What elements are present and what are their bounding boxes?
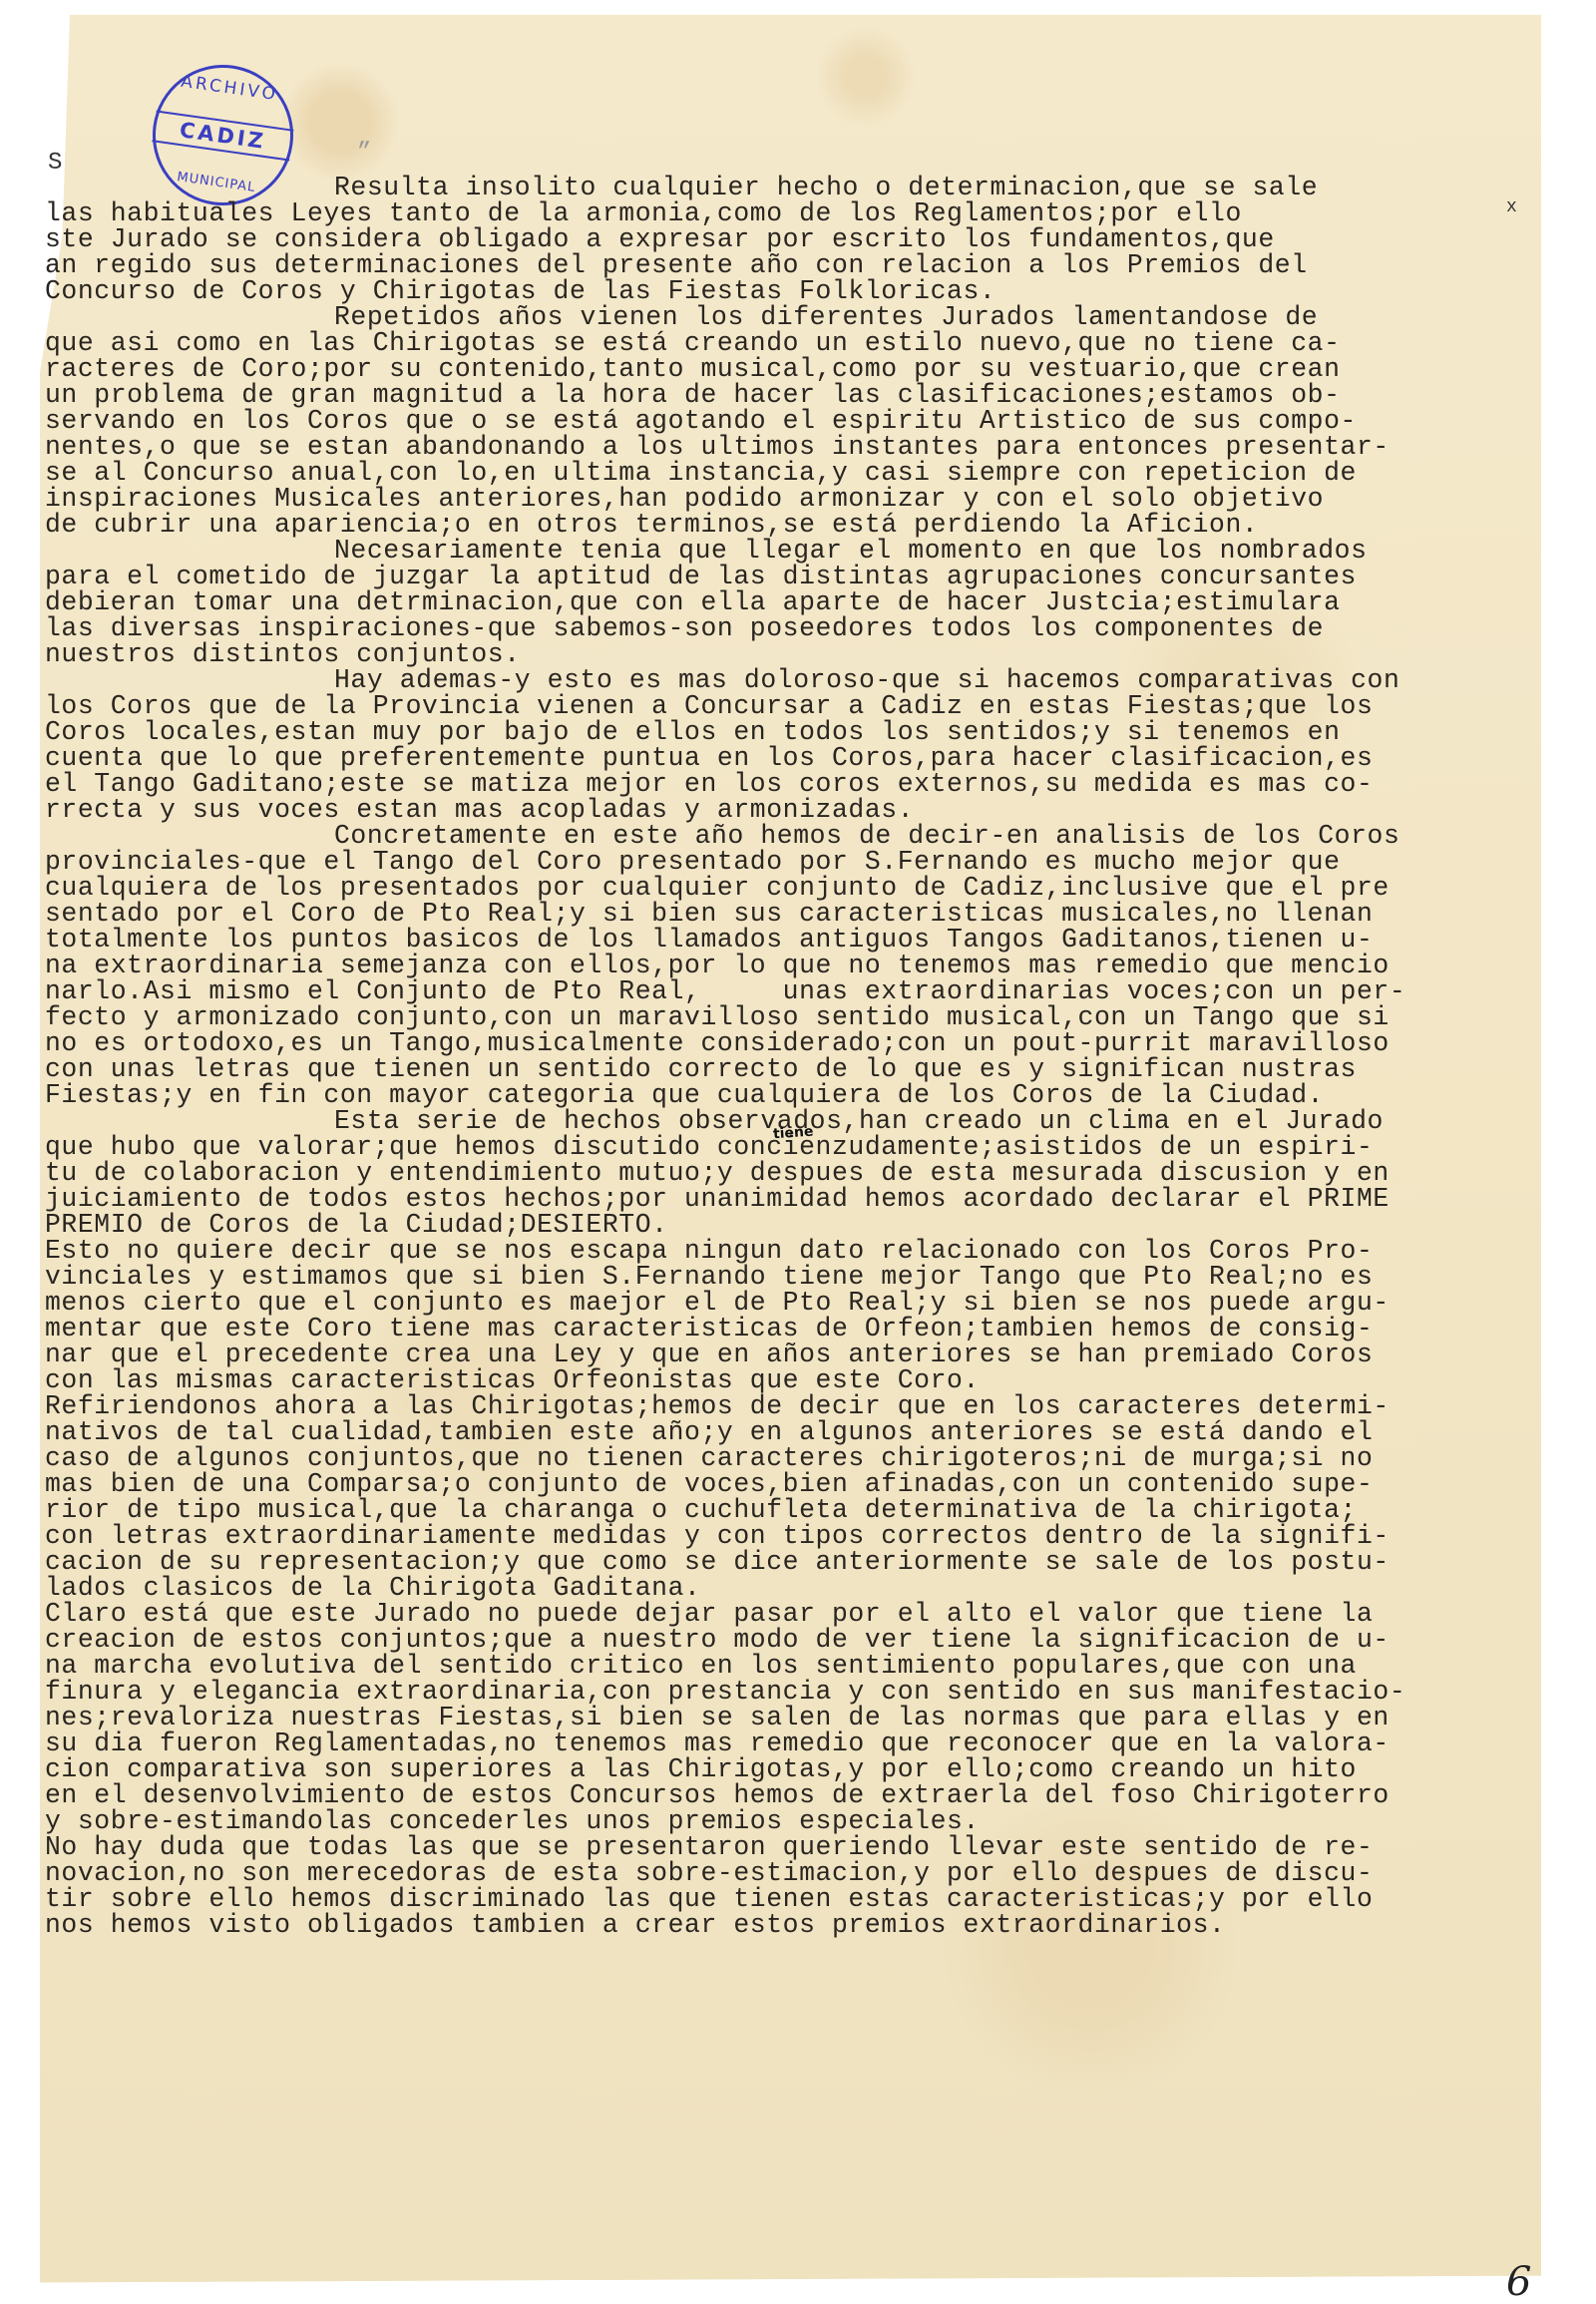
text-line: PREMIO de Coros de la Ciudad;DESIERTO.: [45, 1212, 1586, 1238]
text-line: cion comparativa son superiores a las Ch…: [45, 1756, 1586, 1782]
text-line: nos hemos visto obligados tambien a crea…: [45, 1912, 1586, 1938]
text-line: los Coros que de la Provincia vienen a C…: [45, 693, 1586, 719]
text-line: vinciales y estimamos que si bien S.Fern…: [45, 1264, 1586, 1290]
text-line: fecto y armonizado conjunto,con un marav…: [45, 1004, 1586, 1030]
text-line: No hay duda que todas las que se present…: [45, 1834, 1586, 1860]
text-line: rrecta y sus voces estan mas acopladas y…: [45, 797, 1586, 823]
text-line: provinciales-que el Tango del Coro prese…: [45, 849, 1586, 875]
text-line: para el cometido de juzgar la aptitud de…: [45, 564, 1586, 589]
text-line: novacion,no son merecedoras de esta sobr…: [45, 1860, 1586, 1886]
text-line: creacion de estos conjuntos;que a nuestr…: [45, 1627, 1586, 1653]
text-line: na extraordinaria semejanza con ellos,po…: [45, 953, 1586, 978]
text-line: Hay ademas-y esto es mas doloroso-que si…: [45, 667, 1586, 693]
text-line: Claro está que este Jurado no puede deja…: [45, 1601, 1586, 1627]
text-line: Repetidos años vienen los diferentes Jur…: [45, 304, 1586, 330]
page-number: 6: [1506, 2259, 1531, 2304]
text-line: Esto no quiere decir que se nos escapa n…: [45, 1238, 1586, 1264]
text-line: rior de tipo musical,que la charanga o c…: [45, 1497, 1586, 1523]
text-line: cacion de su representacion;y que como s…: [45, 1549, 1586, 1575]
text-line: na marcha evolutiva del sentido critico …: [45, 1653, 1586, 1679]
margin-mark-left: S: [48, 150, 62, 177]
handwritten-correction: tiene: [772, 1124, 813, 1143]
text-line: cuenta que lo que preferentemente puntua…: [45, 745, 1586, 771]
text-line: que asi como en las Chirigotas se está c…: [45, 330, 1586, 356]
text-line: Concurso de Coros y Chirigotas de las Fi…: [45, 278, 1586, 304]
text-line: Resulta insolito cualquier hecho o deter…: [45, 175, 1586, 200]
text-line: con letras extraordinariamente medidas y…: [45, 1523, 1586, 1549]
text-line: nes;revaloriza nuestras Fiestas,si bien …: [45, 1705, 1586, 1730]
text-line: que hubo que valorar;que hemos discutido…: [45, 1134, 1586, 1160]
text-line: servando en los Coros que o se está agot…: [45, 408, 1586, 434]
text-line: tu de colaboracion y entendimiento mutuo…: [45, 1160, 1586, 1186]
text-line: mas bien de una Comparsa;o conjunto de v…: [45, 1471, 1586, 1497]
text-line: Coros locales,estan muy por bajo de ello…: [45, 719, 1586, 745]
text-line: el Tango Gaditano;este se matiza mejor e…: [45, 771, 1586, 797]
text-line: finura y elegancia extraordinaria,con pr…: [45, 1679, 1586, 1705]
text-line: y sobre-estimandolas concederles unos pr…: [45, 1808, 1586, 1834]
text-line: racteres de Coro;por su contenido,tanto …: [45, 356, 1586, 382]
text-line: con las mismas caracteristicas Orfeonist…: [45, 1367, 1586, 1393]
text-line: cualquiera de los presentados por cualqu…: [45, 875, 1586, 901]
document-body: Resulta insolito cualquier hecho o deter…: [45, 175, 1586, 1938]
margin-mark-quote: „: [357, 125, 371, 152]
text-line: un problema de gran magnitud a la hora d…: [45, 382, 1586, 408]
text-line: sentado por el Coro de Pto Real;y si bie…: [45, 901, 1586, 927]
text-line: lados clasicos de la Chirigota Gaditana.: [45, 1575, 1586, 1601]
text-line: nentes,o que se estan abandonando a los …: [45, 434, 1586, 460]
text-line: con unas letras que tienen un sentido co…: [45, 1056, 1586, 1082]
text-line: totalmente los puntos basicos de los lla…: [45, 927, 1586, 953]
text-line: Esta serie de hechos observados,han crea…: [45, 1108, 1586, 1134]
text-line: no es ortodoxo,es un Tango,musicalmente …: [45, 1030, 1586, 1056]
text-line: an regido sus determinaciones del presen…: [45, 252, 1586, 278]
text-line: nativos de tal cualidad,tambien este año…: [45, 1419, 1586, 1445]
text-line: de cubrir una apariencia;o en otros term…: [45, 512, 1586, 538]
text-line: en el desenvolvimiento de estos Concurso…: [45, 1782, 1586, 1808]
text-line: Fiestas;y en fin con mayor categoria que…: [45, 1082, 1586, 1108]
text-line: Concretamente en este año hemos de decir…: [45, 823, 1586, 849]
text-line: ste Jurado se considera obligado a expre…: [45, 226, 1586, 252]
text-line: mentar que este Coro tiene mas caracteri…: [45, 1316, 1586, 1342]
text-line: su dia fueron Reglamentadas,no tenemos m…: [45, 1730, 1586, 1756]
text-line: se al Concurso anual,con lo,en ultima in…: [45, 460, 1586, 486]
text-line: nuestros distintos conjuntos.: [45, 641, 1586, 667]
text-line: debieran tomar una detrminacion,que con …: [45, 589, 1586, 615]
text-line: nar que el precedente crea una Ley y que…: [45, 1342, 1586, 1367]
text-line: juiciamiento de todos estos hechos;por u…: [45, 1186, 1586, 1212]
text-line: Necesariamente tenia que llegar el momen…: [45, 538, 1586, 564]
text-line: narlo.Asi mismo el Conjunto de Pto Real,…: [45, 978, 1586, 1004]
text-line: caso de algunos conjuntos,que no tienen …: [45, 1445, 1586, 1471]
text-line: las diversas inspiraciones-que sabemos-s…: [45, 615, 1586, 641]
text-line: inspiraciones Musicales anteriores,han p…: [45, 486, 1586, 512]
text-line: tir sobre ello hemos discriminado las qu…: [45, 1886, 1586, 1912]
text-line: menos cierto que el conjunto es maejor e…: [45, 1290, 1586, 1316]
text-line: las habituales Leyes tanto de la armonia…: [45, 200, 1586, 226]
text-line: Refiriendonos ahora a las Chirigotas;hem…: [45, 1393, 1586, 1419]
stamp-center-text: CADIZ: [152, 110, 293, 161]
